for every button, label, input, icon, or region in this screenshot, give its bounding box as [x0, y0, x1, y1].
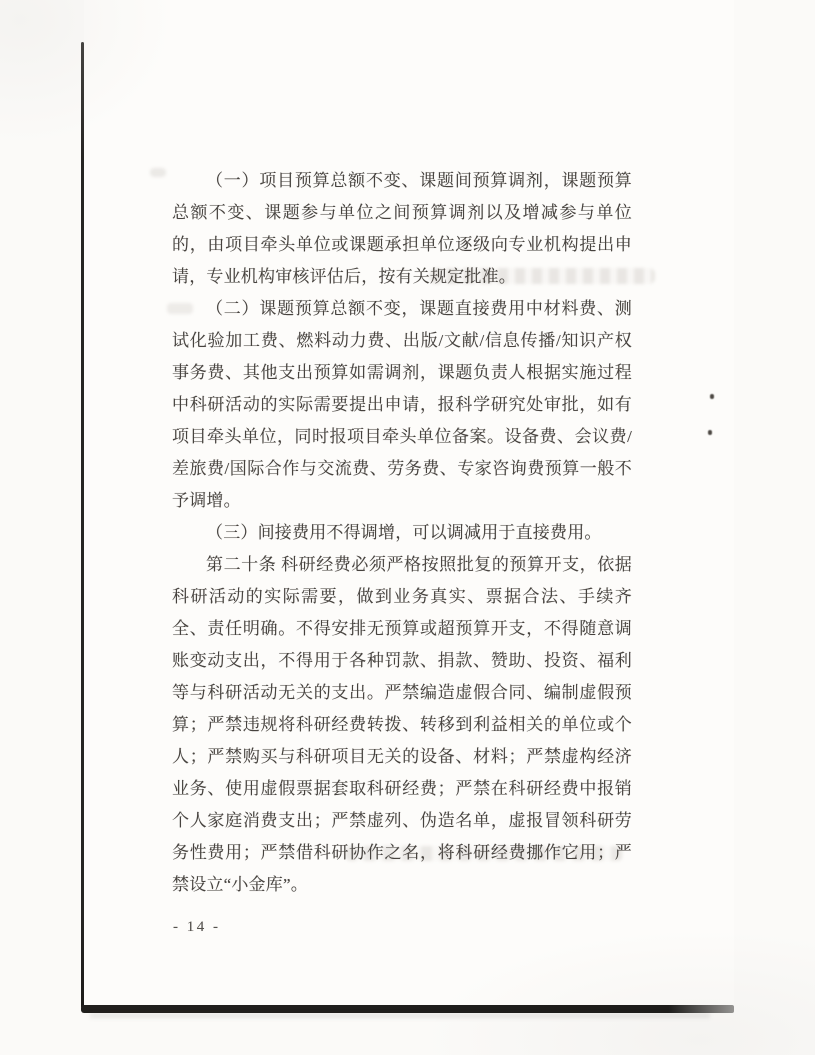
- ink-speck: [708, 430, 712, 435]
- paragraph: （三）间接费用不得调增，可以调减用于直接费用。: [172, 517, 632, 549]
- paragraph: 第二十条 科研经费必须严格按照批复的预算开支，依据科研活动的实际需要，做到业务真…: [172, 549, 632, 901]
- page-bottom-shadow: [90, 1013, 710, 1018]
- page-left-edge: [81, 42, 84, 1008]
- page-number: - 14 -: [173, 917, 221, 937]
- page-bottom-edge: [81, 1005, 734, 1013]
- document-body: （一）项目预算总额不变、课题间预算调剂，课题预算总额不变、课题参与单位之间预算调…: [172, 165, 632, 901]
- ink-speck: [710, 394, 714, 399]
- paragraph: （一）项目预算总额不变、课题间预算调剂，课题预算总额不变、课题参与单位之间预算调…: [172, 165, 632, 293]
- paragraph: （二）课题预算总额不变，课题直接费用中材料费、测试化验加工费、燃料动力费、出版/…: [172, 293, 632, 517]
